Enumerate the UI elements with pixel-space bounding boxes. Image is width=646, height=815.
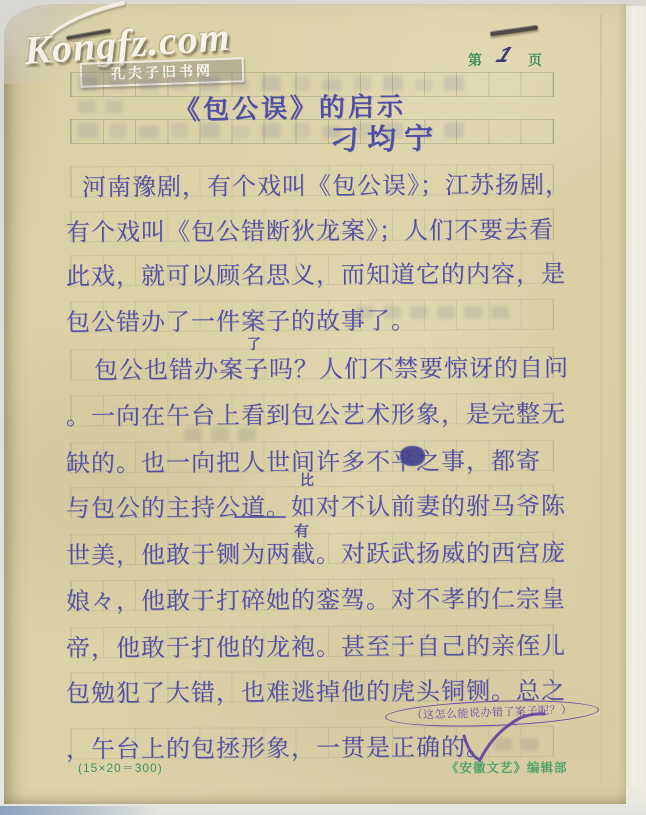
manuscript-line: 。一向在午台上看到包公艺术形象，是完整无 (66, 394, 586, 432)
manuscript-line: 世美，他敢于铡为两截。对跃武扬威的西宫庞 (66, 533, 586, 571)
manuscript-line: 娘々，他敢于打碎她的銮驾。对不孝的仁宗皇 (66, 579, 586, 617)
manuscript-line: 与包公的主持公道。如对不认前妻的驸马爷陈 (66, 486, 586, 524)
scanner-edge-artifact (0, 806, 160, 815)
publisher-imprint: 《安徽文艺》编辑部 (446, 758, 568, 776)
line-text: 。一向在午台上看到包公艺术形象，是完整无 (66, 401, 566, 431)
grid-size-note: (15×20＝300) (78, 759, 163, 776)
paper-crease (600, 14, 602, 784)
line-text: 有个戏叫《包公错断狄龙案》；人们不要去看 (66, 217, 554, 247)
inserted-char: 有 (294, 520, 309, 541)
line-text: 此戏，就可以顾名思义，而知道它的内容，是 (66, 261, 566, 291)
erased-scribble (78, 100, 132, 118)
erased-text-smudge (494, 738, 564, 756)
line-text: 与包公的主持公道。如对不认前妻的驸马爷陈 (66, 493, 566, 523)
erased-text-smudge (356, 306, 556, 324)
line-text: 世美，他敢于铡为两截。对跃武扬威的西宫庞 (66, 540, 566, 570)
emphasis-underline (234, 516, 286, 518)
line-text: 包公也错办案子吗？人们不禁要惊讶的自问 (94, 355, 569, 384)
staple-icon (490, 25, 538, 37)
page-number-suffix: 页 (528, 50, 542, 70)
line-text: 河南豫剧，有个戏叫《包公误》；江苏扬剧， (82, 172, 570, 202)
author-name: 刁均宁 (330, 116, 442, 159)
inserted-char: 比 (300, 470, 314, 490)
ink-blot (400, 446, 425, 466)
underlying-sheet-edge-right (624, 6, 646, 798)
manuscript-line: 此戏，就可以顾名思义，而知道它的内容，是 (66, 254, 586, 292)
manuscript-line: 包公也错办案子吗？人们不禁要惊讶的自问 (66, 348, 614, 386)
page-number-value: 1 (492, 42, 516, 68)
line-text: 帝，他敢于打他的龙袍。甚至于自己的亲侄儿 (66, 633, 566, 663)
manuscript-line: 帝，他敢于打他的龙袍。甚至于自己的亲侄儿 (66, 626, 586, 664)
manuscript-line: 缺的。也一向把人世间许多不平之事，都寄 (66, 441, 586, 479)
insertion-caret: ∧ (252, 364, 259, 375)
scanned-manuscript-page: Kongfz.com 孔夫子旧书网 第 1 页 《包公误》的启示 刁均宁 河南豫… (0, 0, 646, 815)
manuscript-line: 有个戏叫《包公错断狄龙案》；人们不要去看 (66, 210, 586, 248)
inserted-char: 了 (247, 334, 261, 354)
manuscript-line: 河南豫剧，有个戏叫《包公误》；江苏扬剧， (66, 165, 602, 203)
page-number-prefix: 第 (468, 50, 482, 70)
manuscript-paper: Kongfz.com 孔夫子旧书网 第 1 页 《包公误》的启示 刁均宁 河南豫… (4, 4, 626, 804)
erased-pencil-note (184, 428, 284, 446)
line-text: 娘々，他敢于打碎她的銮驾。对不孝的仁宗皇 (66, 586, 566, 616)
